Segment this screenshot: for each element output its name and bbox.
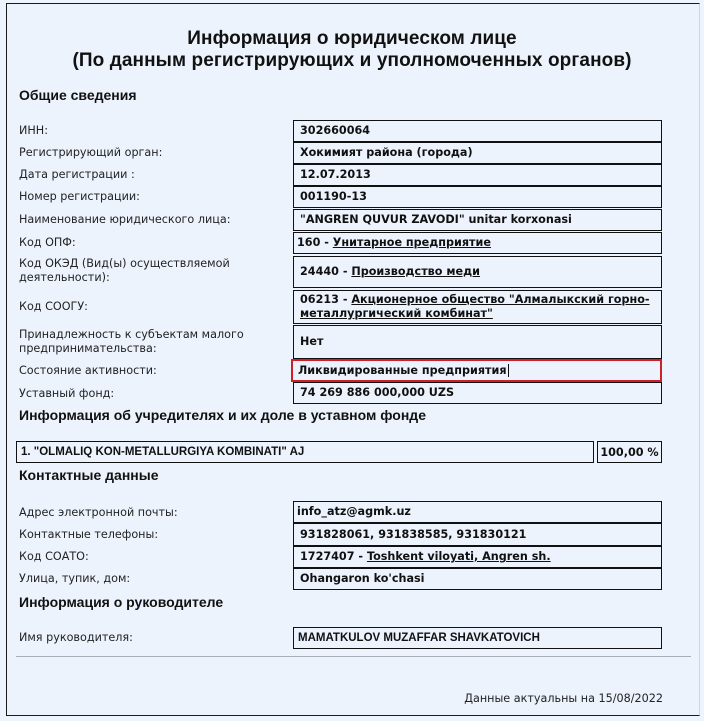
- label-oked-code: Код ОКЭД (Вид(ы) осуществляемой деятельн…: [19, 257, 279, 285]
- value-soato-code: 1727407 - Toshkent viloyati, Angren sh.: [293, 546, 662, 568]
- section-heading-founders: Информация об учредителях и их доле в ус…: [19, 407, 426, 423]
- value-phones[interactable]: 931828061, 931838585, 931830121: [293, 523, 662, 546]
- value-phones-text: 931828061, 931838585, 931830121: [300, 528, 526, 542]
- label-phones: Контактные телефоны:: [19, 528, 279, 542]
- soato-code-link[interactable]: Toshkent viloyati, Angren sh.: [367, 550, 551, 564]
- oked-code-link[interactable]: Производство меди: [351, 265, 480, 279]
- label-activity-status: Состояние активности:: [19, 364, 279, 378]
- oked-code-number: 24440: [300, 265, 339, 279]
- value-email[interactable]: info_atz@agmk.uz: [293, 501, 662, 523]
- value-charter-capital-text: 74 269 886 000,000 UZS: [300, 386, 454, 400]
- soato-code-number: 1727407: [300, 550, 355, 564]
- label-email: Адрес электронной почты:: [19, 506, 279, 520]
- opf-code-number: 160: [297, 236, 320, 250]
- page-title: Информация о юридическом лице (По данным…: [0, 28, 704, 72]
- separator: -: [339, 265, 351, 279]
- label-soato-code: Код СОАТО:: [19, 550, 279, 564]
- separator: -: [355, 550, 367, 564]
- soogu-code-link[interactable]: Акционерное общество "Алмалыкский горно-…: [300, 293, 650, 320]
- value-registering-body[interactable]: Хокимият района (города): [293, 142, 662, 164]
- value-registering-body-text: Хокимият района (города): [300, 146, 473, 160]
- value-street[interactable]: Ohangaron ko'chasi: [293, 568, 662, 590]
- label-registration-number: Номер регистрации:: [19, 190, 279, 204]
- label-registering-body: Регистрирующий орган:: [19, 146, 279, 160]
- value-opf-code: 160 - Унитарное предприятие: [293, 232, 662, 254]
- label-opf-code: Код ОПФ:: [19, 236, 279, 250]
- title-line-1: Информация о юридическом лице: [0, 28, 704, 50]
- data-actuality-note: Данные актуальны на 15/08/2022: [464, 692, 663, 705]
- value-registration-number[interactable]: 001190-13: [293, 186, 662, 208]
- value-soogu-code: 06213 - Акционерное общество "Алмалыкски…: [293, 290, 662, 324]
- value-street-text: Ohangaron ko'chasi: [300, 572, 425, 586]
- label-soogu-code: Код СООГУ:: [19, 300, 279, 314]
- value-small-business[interactable]: Нет: [293, 325, 662, 359]
- divider: [16, 656, 691, 657]
- label-street: Улица, тупик, дом:: [19, 572, 279, 586]
- section-heading-general: Общие сведения: [19, 87, 137, 103]
- soogu-code-number: 06213: [300, 293, 339, 306]
- value-inn-text: 302660064: [300, 124, 370, 138]
- value-entity-name-text: "ANGREN QUVUR ZAVODI" unitar korxonasi: [300, 213, 572, 227]
- text-cursor: [508, 364, 509, 377]
- label-registration-date: Дата регистрации :: [19, 168, 279, 182]
- value-oked-code: 24440 - Производство меди: [293, 256, 662, 288]
- value-email-text: info_atz@agmk.uz: [297, 505, 411, 519]
- founder-name[interactable]: 1. "OLMALIQ KON-METALLURGIYA KOMBINATI" …: [16, 441, 594, 463]
- value-activity-status-text: Ликвидированные предприятия: [298, 364, 507, 378]
- value-small-business-text: Нет: [300, 335, 323, 349]
- opf-code-link[interactable]: Унитарное предприятие: [333, 236, 491, 250]
- separator: -: [320, 236, 332, 250]
- label-entity-name: Наименование юридического лица:: [19, 213, 279, 227]
- value-inn[interactable]: 302660064: [293, 120, 662, 142]
- value-director-name[interactable]: MAMATKULOV MUZAFFAR SHAVKATOVICH: [293, 627, 662, 649]
- value-entity-name[interactable]: "ANGREN QUVUR ZAVODI" unitar korxonasi: [293, 209, 662, 231]
- separator: -: [339, 293, 351, 306]
- value-registration-date[interactable]: 12.07.2013: [293, 164, 662, 186]
- founder-share: 100,00 %: [597, 441, 662, 463]
- value-registration-number-text: 001190-13: [300, 190, 367, 204]
- section-heading-director: Информация о руководителе: [19, 594, 223, 610]
- value-director-name-text: MAMATKULOV MUZAFFAR SHAVKATOVICH: [298, 631, 540, 645]
- value-charter-capital[interactable]: 74 269 886 000,000 UZS: [293, 382, 662, 404]
- label-director-name: Имя руководителя:: [19, 631, 279, 645]
- value-registration-date-text: 12.07.2013: [300, 168, 371, 182]
- label-small-business: Принадлежность к субъектам малого предпр…: [19, 328, 279, 356]
- title-line-2: (По данным регистрирующих и уполномоченн…: [0, 50, 704, 72]
- section-heading-contacts: Контактные данные: [19, 467, 158, 483]
- label-inn: ИНН:: [19, 124, 279, 138]
- value-activity-status[interactable]: Ликвидированные предприятия: [291, 359, 662, 382]
- label-charter-capital: Уставный фонд:: [19, 387, 279, 401]
